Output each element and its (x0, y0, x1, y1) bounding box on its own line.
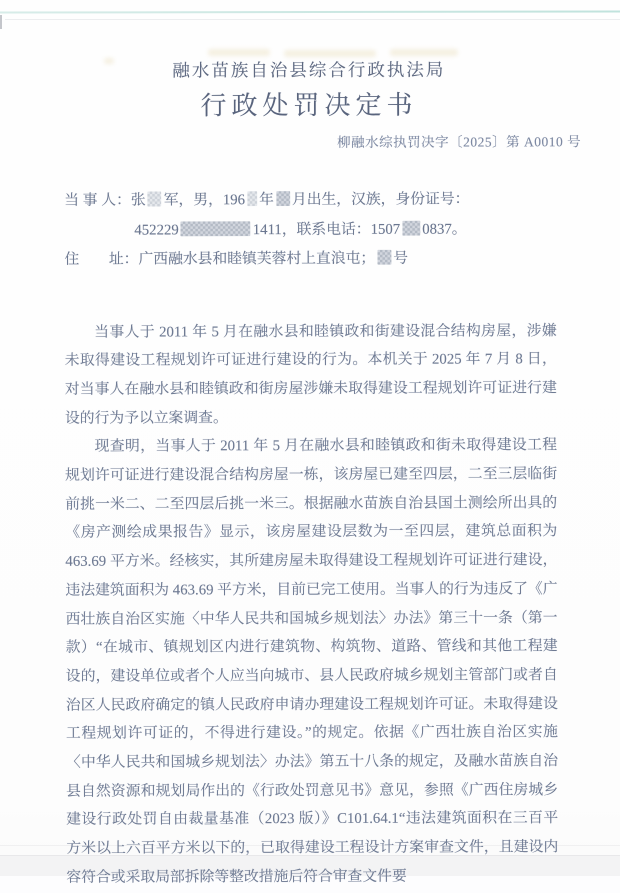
document-title: 行政处罚决定书 (0, 84, 619, 123)
body-paragraph-case-filing: 当事人于 2011 年 5 月在融水县和睦镇政和街建设混合结构房屋，涉嫌未取得建… (65, 317, 557, 433)
party-id-suffix-phone-prefix: 1411，联系电话：1507 (253, 221, 400, 237)
redacted-given-name (148, 191, 162, 206)
party-surname: 张 (131, 193, 146, 209)
party-birth-ethnic-id-label: 月出生，汉族，身份证号： (292, 191, 470, 208)
redacted-birth-month (276, 191, 290, 206)
party-info-block: 当 事 人：张军，男，196年月出生，汉族，身份证号： 4522291411，联… (64, 185, 561, 275)
scanned-document-page: 融水苗族自治县综合行政执法局 行政处罚决定书 柳融水综执罚决字〔2025〕第 A… (0, 0, 620, 876)
party-phone-suffix: 0837。 (422, 221, 466, 237)
party-address-text: 广西融水县和睦镇芙蓉村上直浪屯； (138, 251, 375, 268)
redacted-house-number (377, 250, 391, 265)
party-id-prefix: 452229 (134, 222, 178, 238)
redacted-phone-digits (402, 220, 420, 235)
party-line-address: 住 址：广西融水县和睦镇芙蓉村上直浪屯；号 (64, 244, 561, 275)
document-content: 融水苗族自治县综合行政执法局 行政处罚决定书 柳融水综执罚决字〔2025〕第 A… (0, 0, 620, 876)
party-line-person: 当 事 人：张军，男，196年月出生，汉族，身份证号： (64, 185, 561, 216)
document-number: 柳融水综执罚决字〔2025〕第 A0010 号 (0, 130, 619, 152)
party-name-gender-birth: 军，男，196 (164, 192, 245, 208)
document-body: 当事人于 2011 年 5 月在融水县和睦镇政和街建设混合结构房屋，涉嫌未取得建… (65, 317, 559, 876)
party-address-suffix: 号 (393, 251, 408, 267)
party-line-id-phone: 4522291411，联系电话：15070837。 (64, 215, 561, 246)
redacted-birth-year (247, 191, 257, 206)
party-address-label: 住 址： (64, 252, 138, 268)
redacted-id-digits (181, 221, 251, 236)
party-birth-year-label: 年 (259, 192, 274, 208)
body-paragraph-findings: 现查明，当事人于 2011 年 5 月在融水县和睦镇政和街未取得建设工程规划许可… (65, 432, 558, 876)
party-person-label: 当 事 人： (64, 193, 131, 209)
issuing-agency-name: 融水苗族自治县综合行政执法局 (0, 56, 619, 83)
